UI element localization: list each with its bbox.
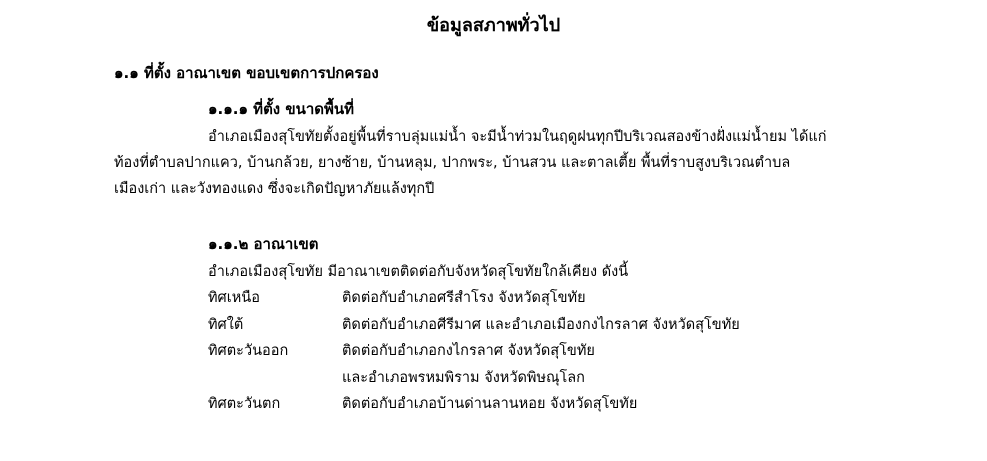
- boundary-direction: ทิศใต้: [208, 312, 342, 339]
- boundary-description: และอำเภอพรหมพิราม จังหวัดพิษณุโลก: [342, 365, 740, 392]
- document-title: ข้อมูลสภาพทั่วไป: [0, 14, 987, 38]
- paragraph-line: เมืองเก่า และวังทองแดง ซึ่งจะเกิดปัญหาภั…: [114, 176, 974, 202]
- boundary-direction: ทิศเหนือ: [208, 285, 342, 312]
- section-heading: ๑.๑ ที่ตั้ง อาณาเขต ขอบเขตการปกครอง: [114, 62, 379, 84]
- boundary-description: ติดต่อกับอำเภอบ้านด่านลานหอย จังหวัดสุโข…: [342, 391, 740, 418]
- location-paragraph: อำเภอเมืองสุโขทัยตั้งอยู่พื้นที่ราบลุ่มแ…: [114, 124, 974, 202]
- boundary-description: ติดต่อกับอำเภอศีรีมาศ และอำเภอเมืองกงไกร…: [342, 312, 740, 339]
- boundary-row-west: ทิศตะวันตก ติดต่อกับอำเภอบ้านด่านลานหอย …: [208, 391, 740, 418]
- boundary-row-north: ทิศเหนือ ติดต่อกับอำเภอศรีสำโรง จังหวัดส…: [208, 285, 740, 312]
- subsection-heading-location: ๑.๑.๑ ที่ตั้ง ขนาดพื้นที่: [208, 98, 354, 120]
- subsection-heading-boundaries: ๑.๑.๒ อาณาเขต: [208, 233, 318, 255]
- boundary-description: ติดต่อกับอำเภอกงไกรลาศ จังหวัดสุโขทัย: [342, 338, 740, 365]
- boundaries-list: ทิศเหนือ ติดต่อกับอำเภอศรีสำโรง จังหวัดส…: [208, 285, 740, 418]
- boundary-row-east-continued: และอำเภอพรหมพิราม จังหวัดพิษณุโลก: [208, 365, 740, 392]
- boundary-row-east: ทิศตะวันออก ติดต่อกับอำเภอกงไกรลาศ จังหว…: [208, 338, 740, 365]
- boundary-row-south: ทิศใต้ ติดต่อกับอำเภอศีรีมาศ และอำเภอเมื…: [208, 312, 740, 339]
- boundary-description: ติดต่อกับอำเภอศรีสำโรง จังหวัดสุโขทัย: [342, 285, 740, 312]
- boundary-direction: [208, 365, 342, 392]
- paragraph-line: ท้องที่ตำบลปากแคว, บ้านกล้วย, ยางซ้าย, บ…: [114, 150, 974, 176]
- boundary-direction: ทิศตะวันตก: [208, 391, 342, 418]
- paragraph-line: อำเภอเมืองสุโขทัยตั้งอยู่พื้นที่ราบลุ่มแ…: [114, 124, 974, 150]
- boundary-direction: ทิศตะวันออก: [208, 338, 342, 365]
- boundaries-intro: อำเภอเมืองสุโขทัย มีอาณาเขตติดต่อกับจังห…: [208, 259, 628, 285]
